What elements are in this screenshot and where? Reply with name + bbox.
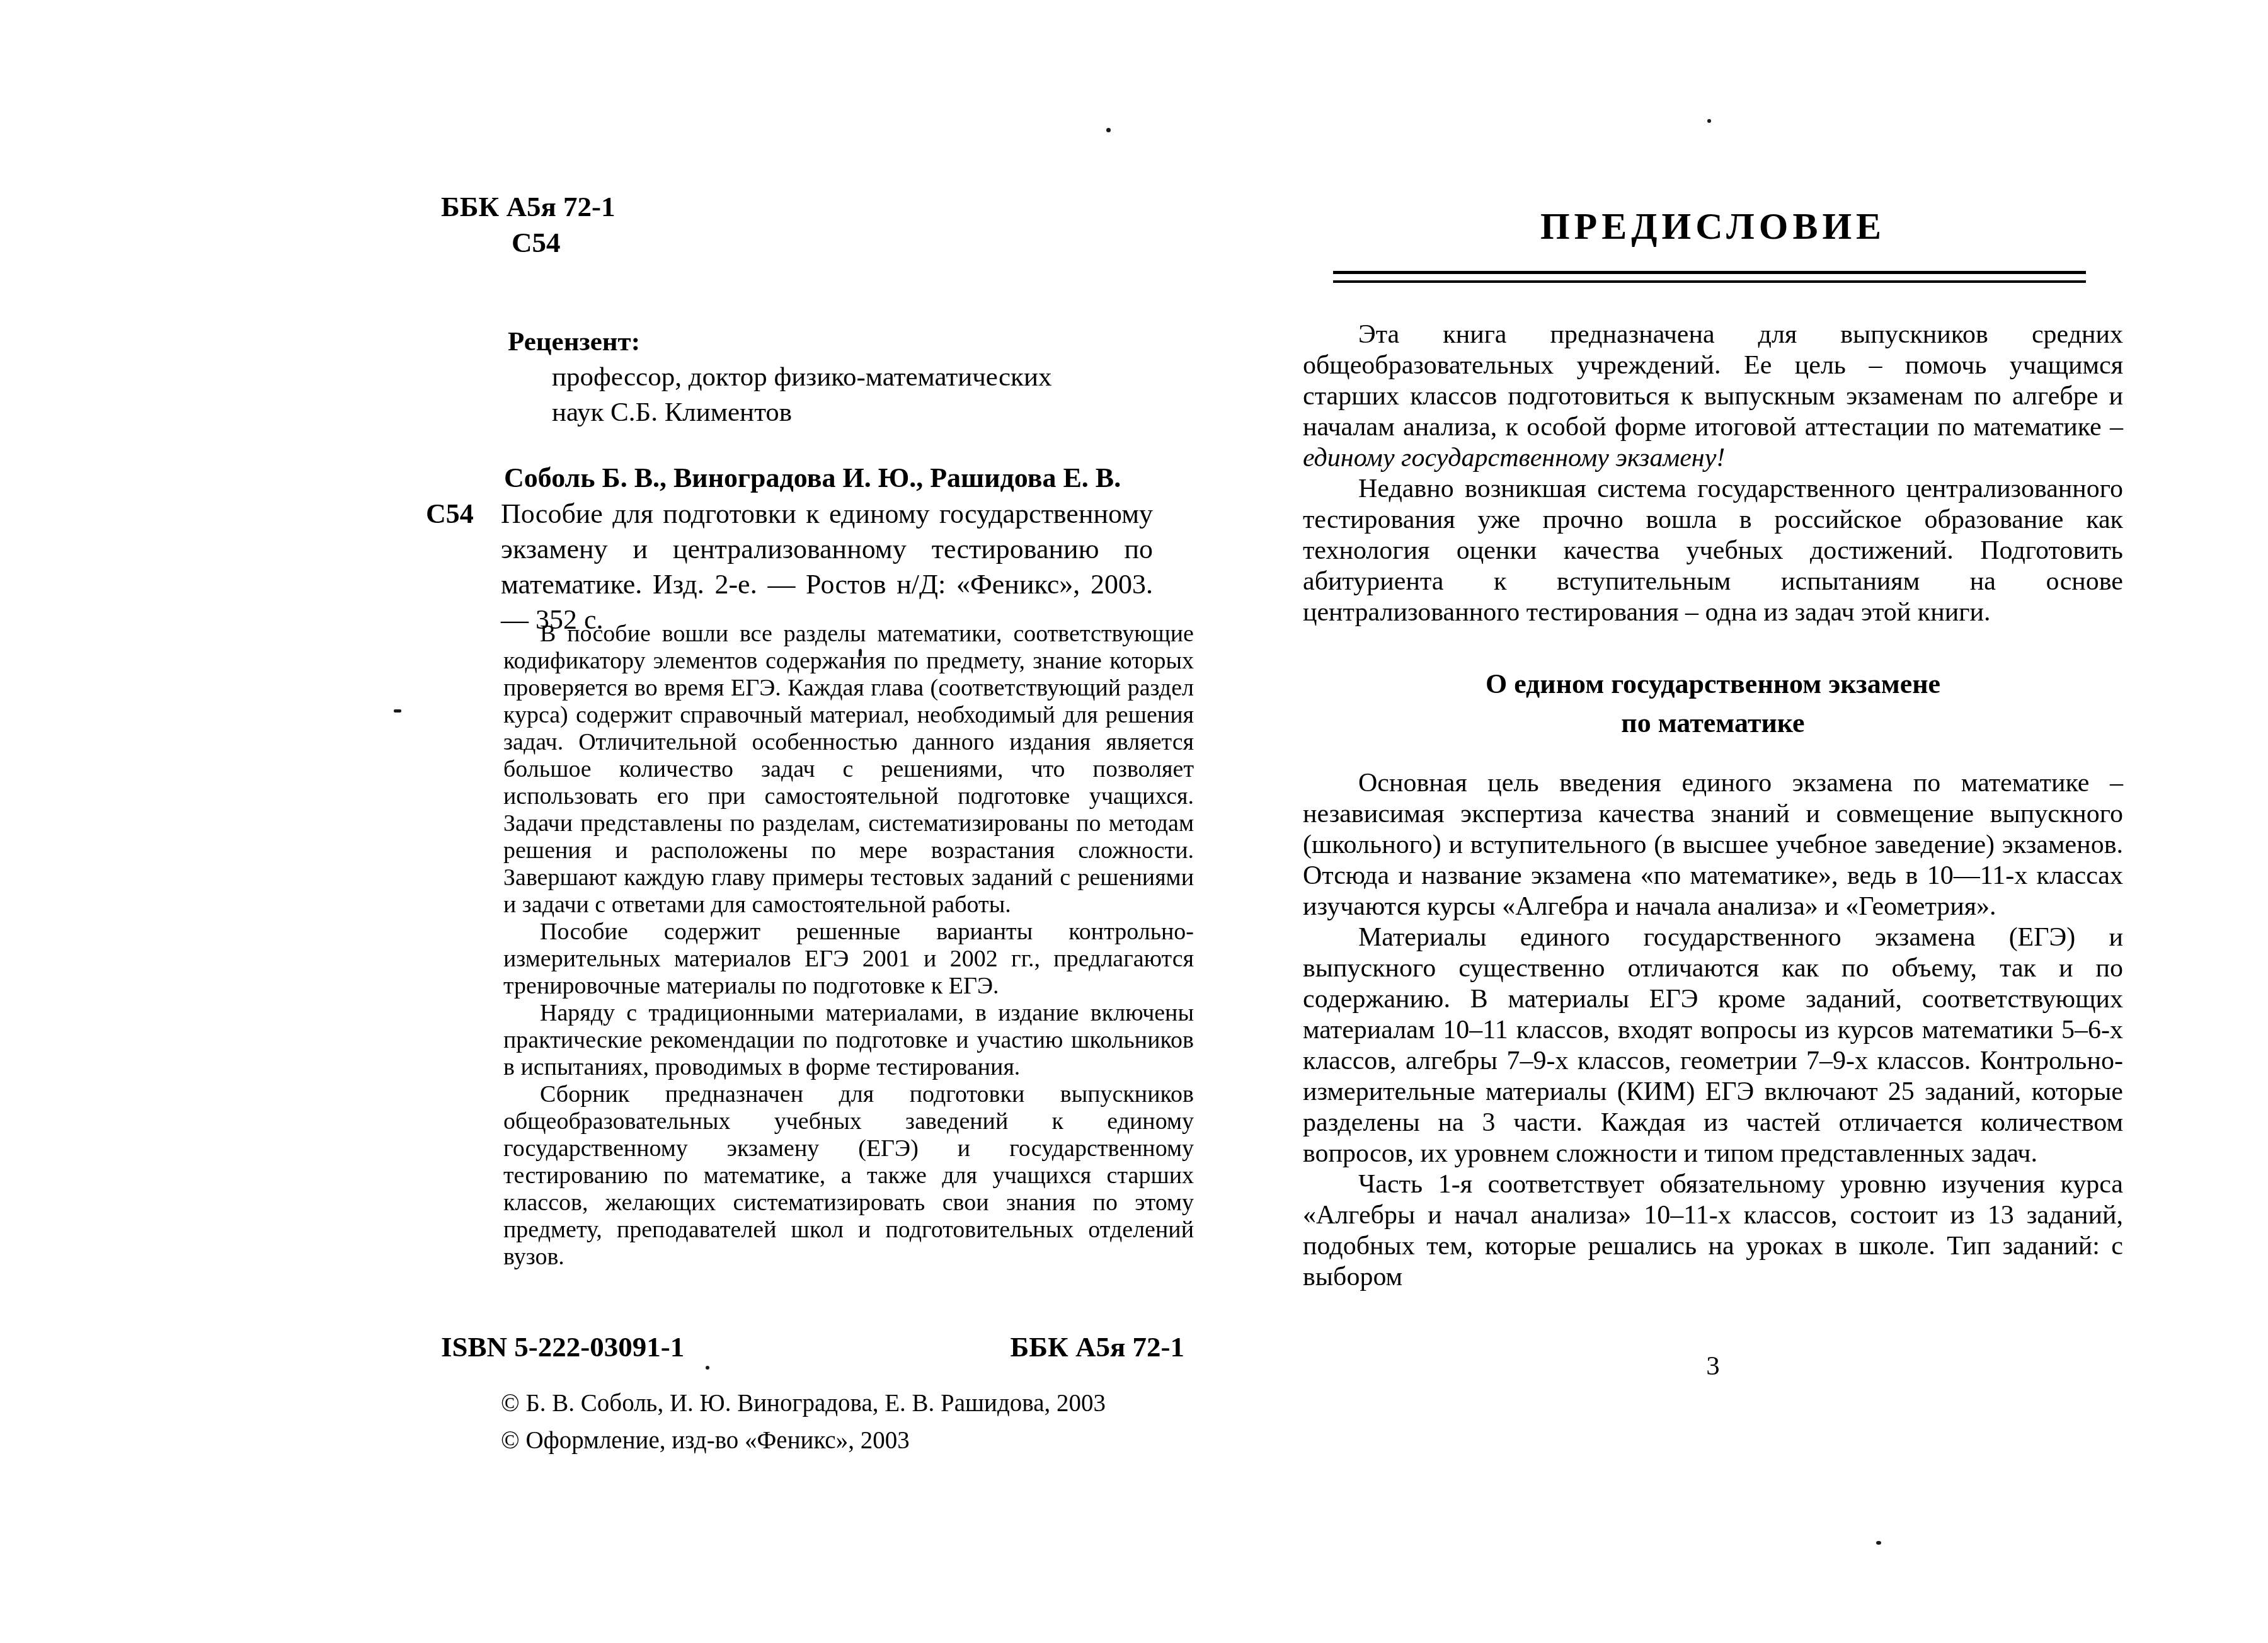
- reviewer-line: профессор, доктор физико-математических: [552, 360, 1052, 395]
- catalog-entry-description: Пособие для подготовки к единому государ…: [501, 496, 1153, 638]
- annotation-paragraph: В пособие вошли все разделы математики, …: [503, 621, 1194, 919]
- scan-speck: [1707, 119, 1711, 123]
- annotation-paragraph: Сборник предназначен для подготовки выпу…: [503, 1081, 1194, 1271]
- copyright-block: © Б. В. Соболь, И. Ю. Виноградова, Е. В.…: [501, 1385, 1106, 1459]
- preface-body: Эта книга предназначена для выпускников …: [1303, 319, 2123, 1293]
- paragraph-text: Эта книга предназначена для выпускников …: [1303, 320, 2123, 442]
- section-heading-line: О едином государственном экзамене: [1303, 665, 2123, 704]
- title-divider-rule: [1333, 271, 2086, 274]
- scan-speck: [706, 1366, 709, 1370]
- reviewer-block: Рецензент: профессор, доктор физико-мате…: [508, 324, 1052, 430]
- preface-page: ПРЕДИСЛОВИЕ Эта книга предназначена для …: [1303, 207, 2123, 1382]
- annotation-block: В пособие вошли все разделы математики, …: [503, 621, 1194, 1271]
- annotation-paragraph: Пособие содержит решенные варианты контр…: [503, 919, 1194, 1000]
- section-heading-line: по математике: [1303, 704, 2123, 743]
- preface-paragraph: Часть 1-я соответствует обязательному ур…: [1303, 1169, 2123, 1293]
- preface-paragraph: Материалы единого государственного экзам…: [1303, 922, 2123, 1169]
- scan-speck: [394, 709, 401, 713]
- bbk-code: ББК А5я 72-1: [441, 189, 615, 225]
- authors-line: Соболь Б. В., Виноградова И. Ю., Рашидов…: [504, 462, 1121, 494]
- page-title: ПРЕДИСЛОВИЕ: [1303, 207, 2123, 246]
- scan-speck: [859, 649, 862, 656]
- isbn-number: ISBN 5-222-03091-1: [441, 1331, 684, 1363]
- copyright-line: © Б. В. Соболь, И. Ю. Виноградова, Е. В.…: [501, 1385, 1106, 1422]
- bbk-code-right: ББК А5я 72-1: [1011, 1331, 1184, 1363]
- bbk-classification-header: ББК А5я 72-1 С54: [441, 189, 615, 261]
- title-divider-rule: [1333, 280, 2086, 283]
- annotation-paragraph: Наряду с традиционными материалами, в из…: [503, 1000, 1194, 1081]
- preface-paragraph: Основная цель введения единого экзамена …: [1303, 768, 2123, 922]
- preface-paragraph: Эта книга предназначена для выпускников …: [1303, 319, 2123, 474]
- scan-speck: [1876, 1541, 1881, 1545]
- preface-paragraph: Недавно возникшая система государственно…: [1303, 474, 2123, 628]
- book-spread-scan: { "left": { "bbk_code": "ББК А5я 72-1", …: [0, 0, 2268, 1643]
- reviewer-label: Рецензент:: [508, 324, 1052, 360]
- isbn-bbk-row: ББК А5я 72-1 ISBN 5-222-03091-1: [441, 1331, 1184, 1363]
- catalog-entry-code: С54: [426, 498, 474, 530]
- page-number: 3: [1303, 1351, 2123, 1382]
- reviewer-line: наук С.Б. Климентов: [552, 395, 1052, 430]
- paragraph-italic-text: единому государственному экзамену!: [1303, 444, 1725, 472]
- scan-speck: [1106, 128, 1111, 132]
- bbk-author-sign: С54: [512, 225, 615, 261]
- section-heading: О едином государственном экзамене по мат…: [1303, 665, 2123, 743]
- copyright-line: © Оформление, изд-во «Феникс», 2003: [501, 1422, 1106, 1459]
